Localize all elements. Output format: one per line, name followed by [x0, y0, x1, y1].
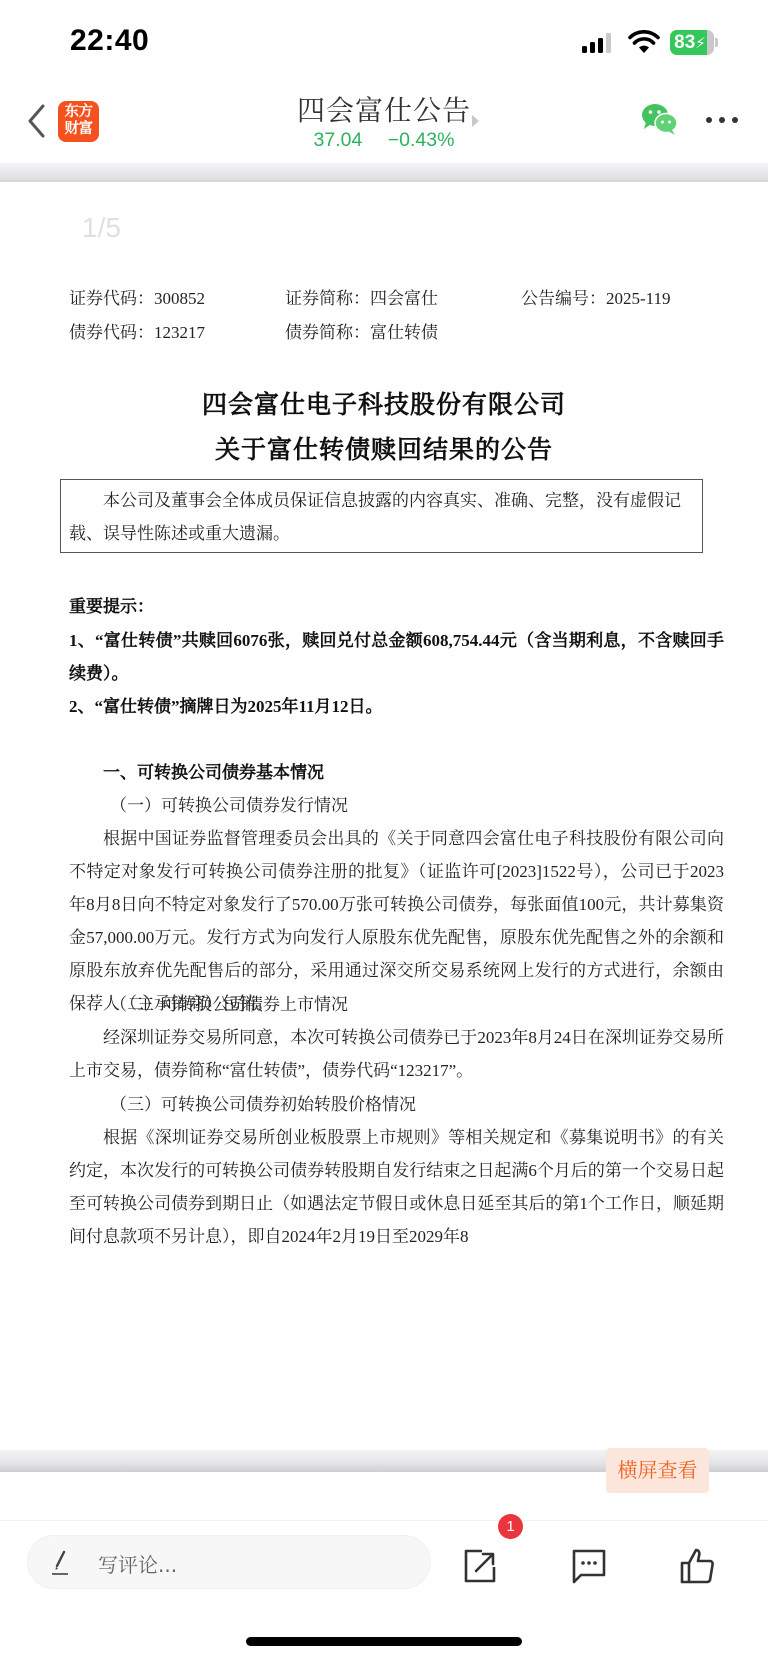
charging-bolt-icon: ⚡ [695, 35, 706, 52]
battery-icon: 83⚡ [670, 30, 717, 55]
more-dot-icon [732, 117, 738, 123]
battery-percent: 83 [674, 32, 695, 53]
stock-code: 证券代码：300852 [69, 284, 205, 309]
title-expand-arrow-icon[interactable] [472, 115, 479, 127]
status-time: 22:40 [70, 24, 149, 58]
bond-short-name: 债券简称：富仕转债 [285, 318, 438, 343]
important-notice-heading: 重要提示： [69, 590, 724, 623]
stock-short-name: 证券简称：四会富仕 [285, 284, 438, 309]
document-title-line2: 关于富仕转债赎回结果的公告 [0, 430, 768, 466]
stock-change: −0.43% [388, 129, 455, 151]
nav-bar: 东方 财富 四会富仕公告 37.04 −0.43% [0, 85, 768, 163]
cellular-signal-icon [582, 33, 614, 53]
landscape-view-button[interactable]: 横屏查看 [606, 1448, 709, 1493]
important-notice-item-2: 2、“富仕转债”摘牌日为2025年11月12日。 [69, 690, 724, 723]
subsection-2-heading: （二）可转换公司债券上市情况 [110, 988, 348, 1021]
section-1-heading: 一、可转换公司债券基本情况 [103, 756, 324, 789]
comment-input[interactable]: 写评论... [27, 1535, 431, 1589]
more-options-button[interactable] [706, 113, 738, 127]
more-dot-icon [719, 117, 725, 123]
document-title-line1: 四会富仕电子科技股份有限公司 [0, 385, 768, 421]
home-indicator[interactable] [246, 1637, 522, 1646]
subsection-2-body: 经深圳证券交易所同意，本次可转换公司债券已于2023年8月24日在深圳证券交易所… [69, 1021, 724, 1087]
comment-placeholder: 写评论... [98, 1549, 177, 1578]
page-indicator: 1/5 [82, 212, 121, 244]
wechat-share-icon[interactable] [640, 101, 680, 137]
subsection-3-body: 根据《深圳证券交易所创业板股票上市规则》等相关规定和《募集说明书》的有关约定，本… [69, 1121, 724, 1253]
wifi-icon [628, 30, 660, 54]
document-page[interactable]: 1/5 证券代码：300852 证券简称：四会富仕 公告编号：2025-119 … [0, 182, 768, 1450]
more-dot-icon [706, 117, 712, 123]
status-bar: 22:40 83⚡ [0, 0, 768, 80]
comment-icon[interactable] [570, 1547, 608, 1585]
announcement-number: 公告编号：2025-119 [521, 284, 671, 309]
disclaimer-box: 本公司及董事会全体成员保证信息披露的内容真实、准确、完整，没有虚假记载、误导性陈… [60, 479, 703, 553]
disclaimer-text: 本公司及董事会全体成员保证信息披露的内容真实、准确、完整，没有虚假记载、误导性陈… [69, 484, 694, 550]
like-thumbs-up-icon[interactable] [678, 1547, 716, 1585]
share-badge: 1 [498, 1514, 523, 1539]
subsection-1-heading: （一）可转换公司债券发行情况 [110, 789, 348, 822]
share-icon[interactable] [462, 1547, 500, 1585]
stock-price: 37.04 [314, 129, 363, 151]
subsection-3-heading: （三）可转换公司债券初始转股价格情况 [110, 1088, 416, 1121]
pen-icon [50, 1550, 72, 1576]
bond-code: 债券代码：123217 [69, 318, 205, 343]
important-notice-item-1: 1、“富仕转债”共赎回6076张，赎回兑付总金额608,754.44元（含当期利… [69, 624, 724, 690]
